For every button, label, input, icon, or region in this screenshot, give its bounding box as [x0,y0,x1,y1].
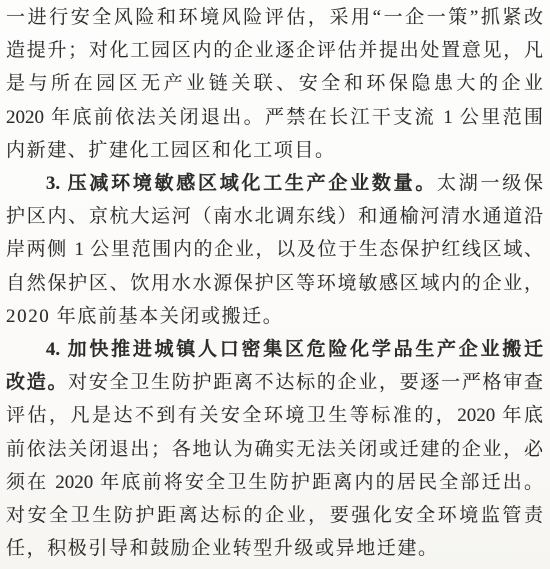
regular-run: 2020 年底前基本关闭或搬迁。 [6,306,283,327]
regular-run: 须在 2020 年底前将安全卫生防护距离内的居民全部迁出。 [6,472,543,493]
text-line: 一进行安全风险和环境风险评估，采用“一企一策”抓紧改 [6,1,543,34]
regular-run: 2020 年底前依法关闭退出。严禁在长江干支流 1 公里范围 [6,107,543,128]
regular-run: 是与所在园区无产业链关联、安全和环保隐患大的企业 [6,73,543,94]
text-line: 任，积极引导和鼓励企业转型升级或异地迁建。 [6,532,543,565]
text-line: 2020 年底前依法关闭退出。严禁在长江干支流 1 公里范围 [6,101,543,134]
text-line: 护区内、京杭大运河（南水北调东线）和通榆河清水通道沿 [6,200,543,233]
text-line: 评估，凡是达不到有关安全环境卫生等标准的，2020 年底 [6,399,543,432]
regular-run: 任，积极引导和鼓励企业转型升级或异地迁建。 [6,538,439,559]
regular-run: 内新建、扩建化工园区和化工项目。 [6,140,336,161]
regular-run: 岸两侧 1 公里范围内的企业，以及位于生态保护红线区域、 [6,239,543,260]
text-line: 岸两侧 1 公里范围内的企业，以及位于生态保护红线区域、 [6,233,543,266]
regular-run: 一进行安全风险和环境风险评估，采用“一企一策”抓紧改 [6,7,543,28]
section-heading-line-4: 4. 加快推进城镇人口密集区危险化学品生产企业搬迁 [6,333,543,366]
text-line: 对安全卫生防护距离达标的企业，要强化安全环境监管责 [6,499,543,532]
text-line: 是与所在园区无产业链关联、安全和环保隐患大的企业 [6,67,543,100]
text-line: 自然保护区、饮用水水源保护区等环境敏感区域内的企业， [6,267,543,300]
regular-run: 太湖一级保 [437,173,543,194]
regular-run: 对安全卫生防护距离不达标的企业，要逐一严格审查 [68,372,543,393]
text-line: 须在 2020 年底前将安全卫生防护距离内的居民全部迁出。 [6,466,543,499]
document-page: 一进行安全风险和环境风险评估，采用“一企一策”抓紧改 造提升；对化工园区内的企业… [0,0,550,569]
regular-run: 造提升；对化工园区内的企业逐企评估并提出处置意见，凡 [6,40,543,61]
regular-run: 自然保护区、饮用水水源保护区等环境敏感区域内的企业， [6,273,543,294]
regular-run: 评估，凡是达不到有关安全环境卫生等标准的，2020 年底 [6,405,543,426]
section-heading-line-3: 3. 压减环境敏感区域化工生产企业数量。太湖一级保 [6,167,543,200]
section-4-heading-continued: 改造。 [6,372,68,393]
text-line: 造提升；对化工园区内的企业逐企评估并提出处置意见，凡 [6,34,543,67]
regular-run: 护区内、京杭大运河（南水北调东线）和通榆河清水通道沿 [6,206,543,227]
section-3-heading: 3. 压减环境敏感区域化工生产企业数量。 [46,173,437,194]
document-text-block: 一进行安全风险和环境风险评估，采用“一企一策”抓紧改 造提升；对化工园区内的企业… [6,1,543,565]
text-line: 2020 年底前基本关闭或搬迁。 [6,300,543,333]
text-line: 前依法关闭退出；各地认为确实无法关闭或迁建的企业，必 [6,433,543,466]
section-4-heading: 4. 加快推进城镇人口密集区危险化学品生产企业搬迁 [46,339,543,360]
regular-run: 对安全卫生防护距离达标的企业，要强化安全环境监管责 [6,505,543,526]
text-line: 内新建、扩建化工园区和化工项目。 [6,134,543,167]
regular-run: 前依法关闭退出；各地认为确实无法关闭或迁建的企业，必 [6,439,543,460]
text-line: 改造。对安全卫生防护距离不达标的企业，要逐一严格审查 [6,366,543,399]
